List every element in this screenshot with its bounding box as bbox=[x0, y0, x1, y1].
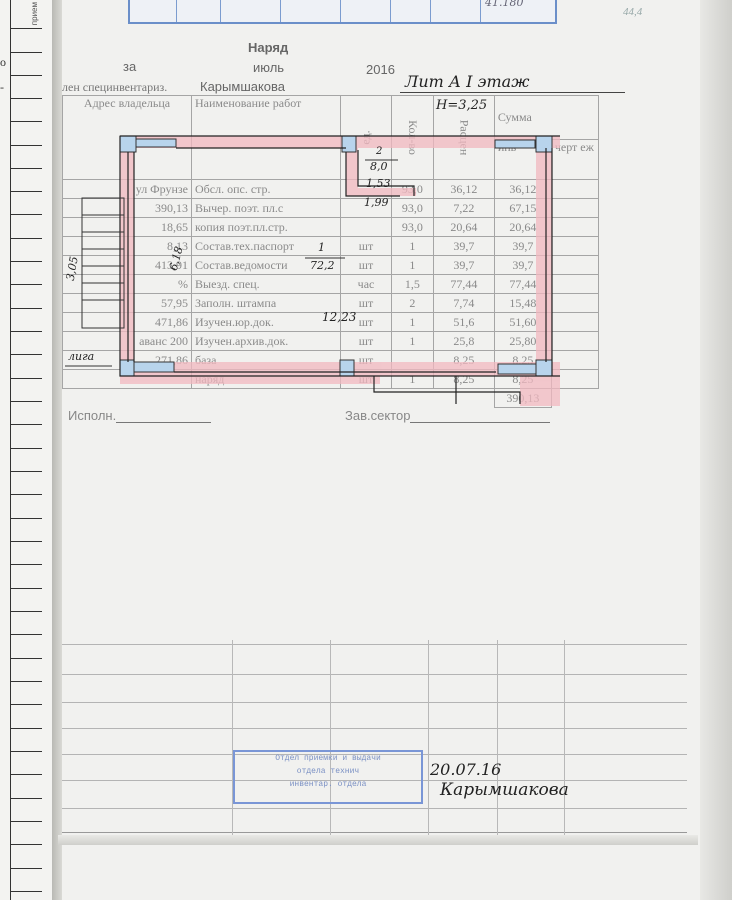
cell-sum: 25,80 bbox=[494, 332, 551, 351]
sector-line bbox=[410, 422, 550, 423]
previous-sheet-strip: 41.180 bbox=[128, 0, 557, 24]
cell-rate: 7,74 bbox=[433, 294, 494, 313]
cell-unit: шт bbox=[341, 256, 392, 275]
document-title: Наряд bbox=[248, 40, 288, 55]
cell-rate: 77,44 bbox=[433, 275, 494, 294]
table-row: %Выезд. спец.час1,577,4477,44 bbox=[63, 275, 599, 294]
dim-width: 12,23 bbox=[322, 310, 356, 324]
cell-work: копия поэт.пл.стр. bbox=[192, 218, 341, 237]
dim-1: 1,53 bbox=[366, 177, 391, 190]
left-page-glyph: - bbox=[0, 80, 4, 95]
cell-address: 471,86 bbox=[63, 313, 192, 332]
cell-sum: 77,44 bbox=[494, 275, 551, 294]
cell-address: 390,13 bbox=[63, 199, 192, 218]
cell-qty bbox=[392, 351, 434, 370]
cell-rate: 7,22 bbox=[433, 199, 494, 218]
cell-drawing bbox=[551, 313, 598, 332]
sector-signature: Зав.сектор bbox=[345, 408, 550, 423]
cell-qty: 93,0 bbox=[392, 180, 434, 199]
cell-address: % bbox=[63, 275, 192, 294]
total-sum: 390,13 bbox=[494, 389, 551, 408]
cell-unit bbox=[341, 218, 392, 237]
cell-unit: шт bbox=[341, 332, 392, 351]
left-page: прием o - bbox=[0, 0, 53, 900]
sector-label: Зав.сектор bbox=[345, 408, 410, 423]
cell-rate: 39,7 bbox=[433, 256, 494, 275]
cell-rate: 20,64 bbox=[433, 218, 494, 237]
left-page-border bbox=[10, 0, 11, 900]
cell-work: Заполн. штампа bbox=[192, 294, 341, 313]
cell-address: 57,95 bbox=[63, 294, 192, 313]
cell-work: Изучен.архив.док. bbox=[192, 332, 341, 351]
table-row: 390,13Вычер. поэт. пл.с93,07,2267,15 bbox=[63, 199, 599, 218]
specialist-name: Карымшакова bbox=[200, 79, 285, 94]
cell-drawing bbox=[551, 199, 598, 218]
work-table: Адрес владельца Наименование работ ед. К… bbox=[62, 95, 599, 408]
cell-sum: 39,7 bbox=[494, 256, 551, 275]
room-main-number: 1 bbox=[318, 241, 325, 254]
stamp-line: инвентар. отдела bbox=[235, 778, 421, 791]
cell-qty: 1 bbox=[392, 313, 434, 332]
col-rate: Расцен bbox=[456, 120, 471, 156]
col-sum: Сумма bbox=[494, 96, 598, 140]
cell-drawing bbox=[551, 275, 598, 294]
strip-extension: 44,4 bbox=[553, 6, 693, 22]
cell-unit: час bbox=[341, 275, 392, 294]
approval-date: 20.07.16 bbox=[430, 760, 501, 779]
cell-rate: 8,25 bbox=[433, 351, 494, 370]
month: июль bbox=[253, 60, 284, 75]
office-stamp: Отдел приемки и выдачи отдела технич инв… bbox=[233, 750, 423, 804]
approval-signature: Карымшакова bbox=[440, 780, 569, 800]
table-row: ул ФрунзеОбсл. опс. стр.93,036,1236,12 bbox=[63, 180, 599, 199]
cell-rate: 39,7 bbox=[433, 237, 494, 256]
cell-address: аванс 200 bbox=[63, 332, 192, 351]
cell-drawing bbox=[551, 180, 598, 199]
for-label: за bbox=[123, 59, 136, 74]
cell-work: Вычер. поэт. пл.с bbox=[192, 199, 341, 218]
cell-qty: 2 bbox=[392, 294, 434, 313]
cell-sum: 20,64 bbox=[494, 218, 551, 237]
cell-qty: 93,0 bbox=[392, 218, 434, 237]
left-page-vertical-label: прием bbox=[30, 2, 39, 25]
cell-work: наряд bbox=[192, 370, 341, 389]
table-row: нарядшт18,258,25 bbox=[63, 370, 599, 389]
cell-unit: шт bbox=[341, 370, 392, 389]
cell-address bbox=[63, 370, 192, 389]
col-sum-inv: инв bbox=[494, 140, 551, 180]
cell-drawing bbox=[551, 332, 598, 351]
cell-drawing bbox=[551, 370, 598, 389]
table-row: 8,13Состав.тех.паспортшт139,739,7 bbox=[63, 237, 599, 256]
cell-qty: 1 bbox=[392, 370, 434, 389]
cell-drawing bbox=[551, 218, 598, 237]
stamp-line: отдела технич bbox=[235, 765, 421, 778]
col-work: Наименование работ bbox=[192, 96, 341, 180]
cell-rate: 25,8 bbox=[433, 332, 494, 351]
stamp-line: Отдел приемки и выдачи bbox=[235, 752, 421, 765]
room-top-number: 2 bbox=[376, 146, 382, 157]
cell-work: Обсл. опс. стр. bbox=[192, 180, 341, 199]
col-qty: Кол-во bbox=[405, 120, 420, 155]
cell-address: 18,65 bbox=[63, 218, 192, 237]
cell-drawing bbox=[551, 237, 598, 256]
year: 2016 bbox=[366, 62, 395, 77]
cell-qty: 1 bbox=[392, 237, 434, 256]
handwritten-lit: Лит А I этаж bbox=[405, 72, 529, 91]
cell-drawing bbox=[551, 294, 598, 313]
col-unit: ед. bbox=[359, 130, 374, 144]
executor-line bbox=[116, 422, 211, 423]
cell-drawing bbox=[551, 256, 598, 275]
room-top-area: 8,0 bbox=[370, 160, 388, 173]
cell-sum: 36,12 bbox=[494, 180, 551, 199]
cell-qty: 1,5 bbox=[392, 275, 434, 294]
cell-work: база bbox=[192, 351, 341, 370]
cell-qty: 1 bbox=[392, 256, 434, 275]
cell-unit: шт bbox=[341, 237, 392, 256]
cell-sum: 15,48 bbox=[494, 294, 551, 313]
table-row: 271,86базашт8,258,25 bbox=[63, 351, 599, 370]
cell-rate: 36,12 bbox=[433, 180, 494, 199]
dim-2: 1,99 bbox=[364, 196, 389, 209]
cell-sum: 51,60 bbox=[494, 313, 551, 332]
executor-label: Исполн. bbox=[68, 408, 116, 423]
handwritten-height: H=3,25 bbox=[436, 98, 487, 113]
cell-qty: 1 bbox=[392, 332, 434, 351]
cell-qty: 93,0 bbox=[392, 199, 434, 218]
col-address: Адрес владельца bbox=[63, 96, 192, 180]
table-row: 18,65копия поэт.пл.стр.93,020,6420,64 bbox=[63, 218, 599, 237]
ledger-grid bbox=[62, 632, 687, 842]
left-page-glyph: o bbox=[0, 55, 6, 70]
specialist-label: лен специнвентариз. bbox=[62, 80, 167, 95]
cell-rate: 51,6 bbox=[433, 313, 494, 332]
page-edge bbox=[700, 0, 732, 900]
cell-unit: шт bbox=[341, 351, 392, 370]
cell-rate: 8,25 bbox=[433, 370, 494, 389]
cell-sum: 8,25 bbox=[494, 370, 551, 389]
cell-sum: 8,25 bbox=[494, 351, 551, 370]
cell-drawing bbox=[551, 351, 598, 370]
cell-work: Изучен.юр.док. bbox=[192, 313, 341, 332]
page-fold bbox=[58, 835, 698, 845]
cell-address: ул Фрунзе bbox=[63, 180, 192, 199]
table-row: аванс 200Изучен.архив.док.шт125,825,80 bbox=[63, 332, 599, 351]
strip-handwritten-value: 41.180 bbox=[485, 0, 524, 9]
cell-work: Выезд. спец. bbox=[192, 275, 341, 294]
cell-sum: 39,7 bbox=[494, 237, 551, 256]
cell-sum: 67,15 bbox=[494, 199, 551, 218]
hand-label: лига bbox=[68, 350, 94, 363]
executor-signature: Исполн. bbox=[68, 408, 211, 423]
room-main-area: 72,2 bbox=[310, 259, 335, 272]
col-sum-drawing: черт еж bbox=[551, 140, 598, 180]
